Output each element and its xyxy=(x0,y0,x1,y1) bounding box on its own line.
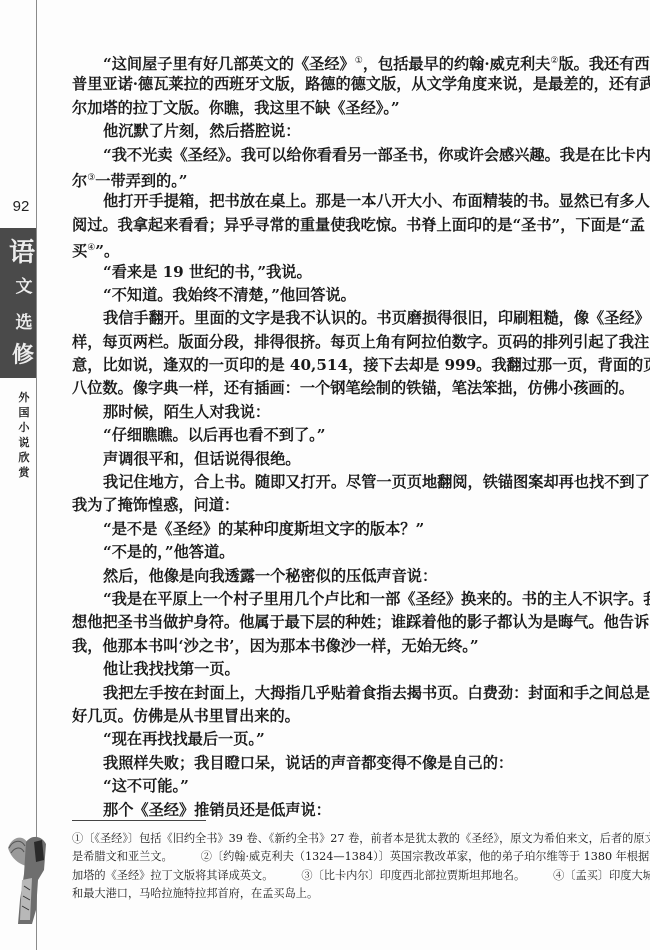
text-line: “是不是《圣经》的某种印度斯坦文字的版本？” xyxy=(72,518,642,541)
text-line: 我记住地方，合上书。随即又打开。尽管一页页地翻阅，铁锚图案却再也找不到了。 xyxy=(72,471,642,494)
text-line: 他沉默了片刻，然后搭腔说： xyxy=(72,120,642,143)
text-line: “看来是 19 世纪的书，”我说。 xyxy=(72,261,642,284)
text-line: 然后，他像是向我透露一个秘密似的压低声音说： xyxy=(72,565,642,588)
text-line: 他打开手提箱，把书放在桌上。那是一本八开大小、布面精装的书。显然已有多人翻 xyxy=(72,190,642,213)
text-line: “这间屋子里有好几部英文的《圣经》①，包括最早的约翰·威克利夫②版。我还有西 xyxy=(72,50,642,73)
text-line: 想他把圣书当做护身符。他属于最下层的种姓；谁踩着他的影子都认为是晦气。他告诉 xyxy=(72,611,642,634)
band-char: 语 xyxy=(8,232,36,269)
text-line: “仔细瞧瞧。以后再也看不到了。” xyxy=(72,424,642,447)
text-line: “不是的，”他答道。 xyxy=(72,541,642,564)
text-line: 八位数。像字典一样，还有插画：一个钢笔绘制的铁锚，笔法笨拙，仿佛小孩画的。 xyxy=(72,377,642,400)
text-line: 声调很平和，但话说得很绝。 xyxy=(72,448,642,471)
text-line: “我不光卖《圣经》。我可以给你看看另一部圣书，你或许会感兴趣。我是在比卡内 xyxy=(72,144,642,167)
text-line: 尔加塔的拉丁文版。你瞧，我这里不缺《圣经》。” xyxy=(72,97,642,120)
text-line: 样，每页两栏。版面分段，排得很挤。每页上角有阿拉伯数字。页码的排列引起了我注 xyxy=(72,331,642,354)
footnotes: ①〔《圣经》〕包括《旧约全书》39 卷、《新约全书》27 卷，前者本是犹太教的《… xyxy=(72,830,642,904)
page-number: 92 xyxy=(8,198,34,215)
text-line: 买④”。 xyxy=(72,237,642,260)
footnote-ref: ① xyxy=(355,56,363,66)
text-line: 阅过。我拿起来看看；异乎寻常的重量使我吃惊。书脊上面印的是“圣书”，下面是“孟 xyxy=(72,214,642,237)
text-line: 我信手翻开。里面的文字是我不认识的。书页磨损得很旧，印刷粗糙，像《圣经》一 xyxy=(72,307,642,330)
text-line: “不知道。我始终不清楚，”他回答说。 xyxy=(72,284,642,307)
footnote-line: 和最大港口，马哈拉施特拉邦首府，在孟买岛上。 xyxy=(72,885,642,903)
text-line: 尔③一带弄到的。” xyxy=(72,167,642,190)
text-line: 我，他那本书叫‘沙之书’，因为那本书像沙一样，无始无终。” xyxy=(72,635,642,658)
book-title-band: 语 文 选 修 xyxy=(0,228,36,378)
gutter-divider xyxy=(36,0,37,950)
text-line: 我为了掩饰惶惑，问道： xyxy=(72,494,642,517)
text-line: 我把左手按在封面上，大拇指几乎贴着食指去揭书页。白费劲：封面和手之间总是有 xyxy=(72,682,642,705)
angel-statue-icon xyxy=(6,830,48,925)
text-line: 那时候，陌生人对我说： xyxy=(72,401,642,424)
band-char: 文 xyxy=(14,272,34,297)
text-line: 我照样失败；我目瞪口呆，说话的声音都变得不像是自己的： xyxy=(72,752,642,775)
text-line: 那个《圣经》推销员还是低声说： xyxy=(72,799,642,822)
text-line: 意，比如说，逢双的一页印的是 40,514，接下去却是 999。我翻过那一页，背… xyxy=(72,354,642,377)
text-line: “现在再找找最后一页。” xyxy=(72,728,642,751)
footnote-line: 加塔的《圣经》拉丁文版将其译成英文。③〔比卡内尔〕印度西北部拉贾斯坦邦地名。④〔… xyxy=(72,867,642,885)
footnote-line: 是希腊文和亚兰文。②〔约翰·威克利夫（1324—1384）〕英国宗教改革家，他的… xyxy=(72,848,642,866)
text-line: “我是在平原上一个村子里用几个卢比和一部《圣经》换来的。书的主人不识字。我 xyxy=(72,588,642,611)
band-char: 选 xyxy=(14,308,34,333)
section-label: 外国小说欣赏 xyxy=(16,390,32,480)
footnote-separator xyxy=(72,820,206,821)
band-char: 修 xyxy=(10,338,36,369)
body-text: “这间屋子里有好几部英文的《圣经》①，包括最早的约翰·威克利夫②版。我还有西普里… xyxy=(72,50,642,822)
footnote-line: ①〔《圣经》〕包括《旧约全书》39 卷、《新约全书》27 卷，前者本是犹太教的《… xyxy=(72,830,642,848)
text-line: 他让我找找第一页。 xyxy=(72,658,642,681)
text-line: 普里亚诺·德瓦莱拉的西班牙文版，路德的德文版，从文学角度来说，是最差的，还有武 xyxy=(72,73,642,96)
text-line: 好几页。仿佛是从书里冒出来的。 xyxy=(72,705,642,728)
text-line: “这不可能。” xyxy=(72,775,642,798)
